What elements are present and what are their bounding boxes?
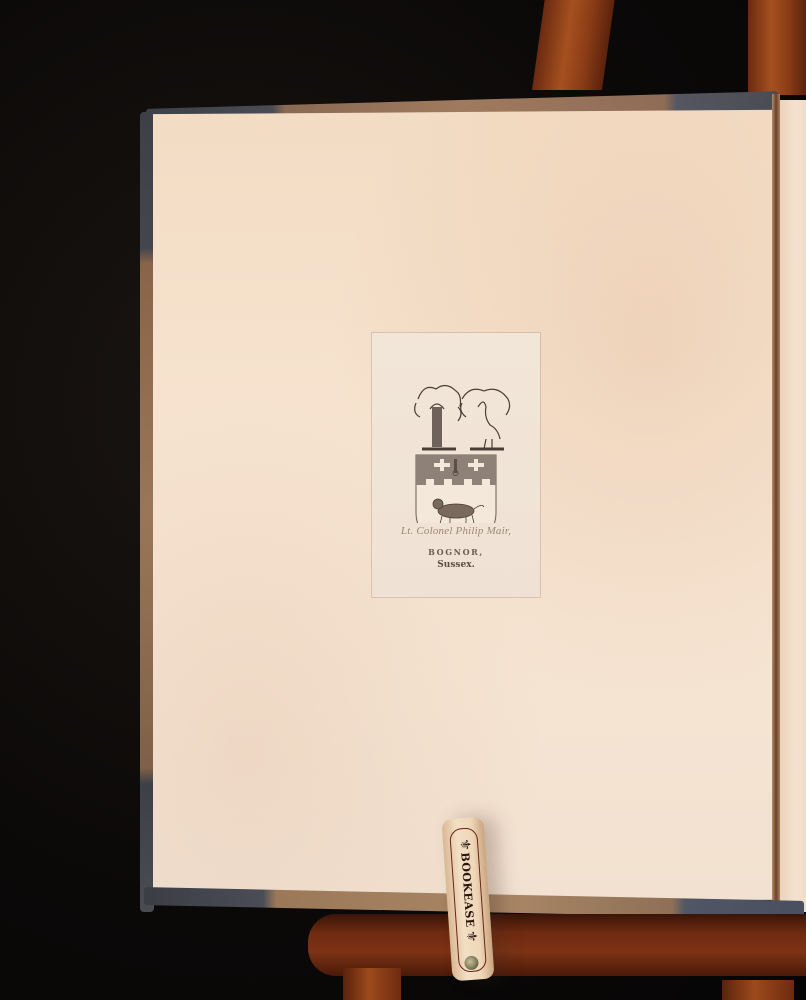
left-crest-icon <box>415 385 461 449</box>
bookplate-town: BOGNOR, <box>372 547 540 557</box>
shield-icon <box>416 455 496 523</box>
bookplate-county: Sussex. <box>372 560 540 570</box>
book-stand-leg-right <box>722 980 794 1000</box>
free-endpaper <box>780 100 806 912</box>
book-gutter <box>772 94 780 912</box>
right-crest-icon <box>461 389 510 449</box>
book-stand-rail <box>308 914 806 976</box>
armorial-bookplate: Lt. Colonel Philip Mair, BOGNOR, Sussex. <box>372 333 540 597</box>
cover-edge-left <box>140 112 154 912</box>
bookplate-owner-name: Lt. Colonel Philip Mair, <box>372 525 540 537</box>
fleur-ornament-icon: ⚜ <box>455 838 473 852</box>
coat-of-arms-icon <box>372 363 540 523</box>
photo-scene: Lt. Colonel Philip Mair, BOGNOR, Sussex.… <box>0 0 806 1000</box>
book-stand-leg-left <box>343 968 401 1000</box>
fleur-ornament-icon: ⚜ <box>462 930 480 944</box>
